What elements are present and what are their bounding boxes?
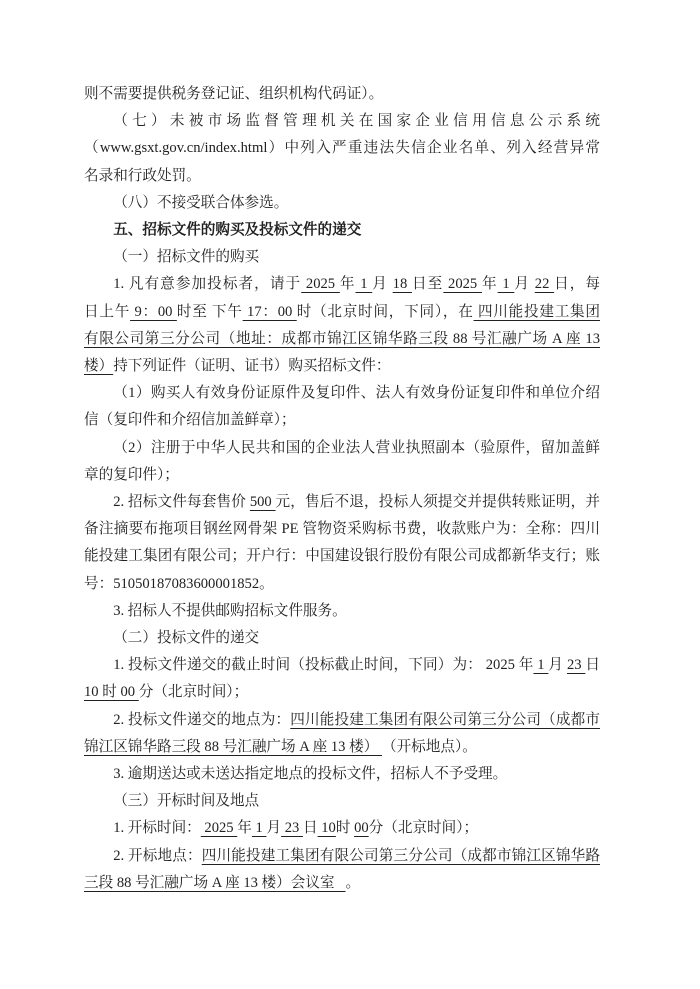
text-line: 1. 开标时间： 2025 年 1 月 23 日 10时 00分（北京时间）；: [84, 815, 600, 842]
text-line: 1. 凡有意参加投标者，请于 2025 年 1 月 18 日至 2025 年 1…: [84, 271, 600, 298]
text-segment: 时至 下午: [177, 304, 243, 320]
text-line: 楼）持下列证件（证明、证书）购买招标文件：: [84, 353, 600, 380]
text-segment: 日，每: [554, 276, 600, 292]
text-segment: （三）开标时间及地点: [113, 793, 259, 809]
text-segment: 名录和行政处罚。: [84, 168, 201, 184]
text-segment: （2）注册于中华人民共和国的企业法人营业执照副本（验原件，留加盖鲜: [113, 440, 600, 456]
document-page: 则不需要提供税务登记证、组织机构代码证）。（七）未被市场监督管理机关在国家企业信…: [0, 0, 700, 989]
text-segment: 号：51050187083600001852。: [84, 576, 274, 592]
text-line: 能投建工集团有限公司；开户行：中国建设银行股份有限公司成都新华支行；账: [84, 543, 600, 570]
text-line: 则不需要提供税务登记证、组织机构代码证）。: [84, 81, 600, 108]
text-segment: 五、招标文件的购买及投标文件的递交: [113, 222, 361, 238]
underlined-text: 2025: [301, 276, 340, 292]
text-segment: 备注摘要布拖项目钢丝网骨架 PE 管物资采购标书费，收款账户为：全称：四川: [84, 521, 600, 537]
text-segment: 章的复印件）；: [84, 467, 179, 483]
text-segment: 月: [514, 276, 534, 292]
text-line: 3. 逾期送达或未送达指定地点的投标文件，招标人不予受理。: [84, 761, 600, 788]
text-segment: 1. 开标时间：: [113, 820, 201, 836]
underlined-text: 23: [567, 657, 585, 673]
text-segment: 月: [372, 276, 392, 292]
text-line: （www.gsxt.gov.cn/index.html）中列入严重违法失信企业名…: [84, 135, 600, 162]
underlined-text: 00: [354, 820, 369, 836]
underlined-text: 10: [318, 820, 336, 836]
underlined-text: 2025: [443, 276, 482, 292]
text-line: 1. 投标文件递交的截止时间（投标截止时间，下同）为： 2025 年 1 月 2…: [84, 652, 600, 679]
text-segment: 年: [340, 276, 356, 292]
underlined-text: 22: [535, 276, 554, 292]
text-segment: 年: [482, 276, 498, 292]
text-line: 有限公司第三分公司（地址：成都市锦江区锦华路三段 88 号汇融广场 A 座 13: [84, 326, 600, 353]
underlined-text: 楼）: [84, 358, 113, 374]
text-segment: 时: [336, 820, 354, 836]
underlined-text: 1: [534, 657, 549, 673]
text-line: 日上午 9：00 时至 下午 17：00 时（北京时间，下同），在 四川能投建工…: [84, 299, 600, 326]
underlined-text: 四川能投建工集团: [474, 304, 600, 320]
text-segment: 分（北京时间）；: [369, 820, 478, 836]
text-line: 三段 88 号汇融广场 A 座 13 楼）会议室 。: [84, 870, 600, 897]
underlined-text: 500: [250, 494, 276, 510]
underlined-text: 四川能投建工集团有限公司第三分公司（成都市锦江区锦华路: [202, 848, 600, 864]
text-segment: （www.gsxt.gov.cn/index.html）中列入严重违法失信企业名…: [84, 140, 600, 156]
section-heading: 五、招标文件的购买及投标文件的递交: [84, 217, 600, 244]
text-segment: 年: [237, 820, 252, 836]
text-segment: （一）招标文件的购买: [113, 249, 259, 265]
text-line: 号：51050187083600001852。: [84, 571, 600, 598]
text-segment: 。: [345, 875, 360, 891]
underlined-text: 23: [281, 820, 303, 836]
text-segment: 月: [548, 657, 567, 673]
text-segment: 持下列证件（证明、证书）购买招标文件：: [113, 358, 390, 374]
underlined-text: 17：00: [243, 304, 297, 320]
text-segment: 信（复印件和介绍信加盖鲜章）；: [84, 412, 296, 428]
text-segment: 时（北京时间，下同），在: [297, 304, 474, 320]
text-segment: 1. 凡有意参加投标者，请于: [113, 276, 301, 292]
underlined-text: 锦江区锦华路三段 88 号汇融广场 A 座 13 楼）: [84, 739, 382, 755]
text-segment: （八）不接受联合体参选。: [113, 195, 288, 211]
text-segment: 3. 招标人不提供邮购招标文件服务。: [113, 603, 347, 619]
text-segment: 日: [303, 820, 318, 836]
text-segment: 日上午: [84, 304, 130, 320]
text-segment: （二）投标文件的递交: [113, 630, 259, 646]
underlined-text: 1: [252, 820, 267, 836]
underlined-text: 1: [498, 276, 515, 292]
text-segment: 元，售后不退，投标人须提交并提供转账证明，并: [276, 494, 600, 510]
text-segment: 2. 投标文件递交的地点为：: [113, 712, 290, 728]
text-segment: 2. 开标地点：: [113, 848, 202, 864]
text-segment: 分（北京时间）；: [139, 684, 248, 700]
text-line: 章的复印件）；: [84, 462, 600, 489]
underlined-text: 三段 88 号汇融广场 A 座 13 楼）会议室: [84, 875, 345, 891]
text-line: （一）招标文件的购买: [84, 244, 600, 271]
text-line: （2）注册于中华人民共和国的企业法人营业执照副本（验原件，留加盖鲜: [84, 435, 600, 462]
text-line: 2. 招标文件每套售价 500 元，售后不退，投标人须提交并提供转账证明，并: [84, 489, 600, 516]
text-line: 名录和行政处罚。: [84, 163, 600, 190]
text-segment: （开标地点）。: [382, 739, 477, 755]
text-segment: 能投建工集团有限公司；开户行：中国建设银行股份有限公司成都新华支行；账: [84, 548, 600, 564]
underlined-text: 9：00: [130, 304, 177, 320]
underlined-text: 2025: [201, 820, 237, 836]
underlined-text: 1: [356, 276, 373, 292]
text-line: （二）投标文件的递交: [84, 625, 600, 652]
text-line: 2. 开标地点：四川能投建工集团有限公司第三分公司（成都市锦江区锦华路: [84, 843, 600, 870]
text-segment: 3. 逾期送达或未送达指定地点的投标文件，招标人不予受理。: [113, 766, 507, 782]
text-segment: 则不需要提供税务登记证、组织机构代码证）。: [84, 86, 383, 102]
text-line: 2. 投标文件递交的地点为：四川能投建工集团有限公司第三分公司（成都市: [84, 707, 600, 734]
text-segment: 日: [585, 657, 600, 673]
text-segment: 月: [266, 820, 281, 836]
underlined-text: 18: [393, 276, 412, 292]
text-line: （1）购买人有效身份证原件及复印件、法人有效身份证复印件和单位介绍: [84, 380, 600, 407]
underlined-text: 10 时 00: [84, 684, 139, 700]
text-line: （七）未被市场监督管理机关在国家企业信用信息公示系统: [84, 108, 600, 135]
text-line: 信（复印件和介绍信加盖鲜章）；: [84, 407, 600, 434]
text-line: 10 时 00 分（北京时间）；: [84, 679, 600, 706]
text-segment: 1. 投标文件递交的截止时间（投标截止时间，下同）为： 2025 年: [113, 657, 533, 673]
text-line: 备注摘要布拖项目钢丝网骨架 PE 管物资采购标书费，收款账户为：全称：四川: [84, 516, 600, 543]
text-line: 锦江区锦华路三段 88 号汇融广场 A 座 13 楼） （开标地点）。: [84, 734, 600, 761]
text-line: （八）不接受联合体参选。: [84, 190, 600, 217]
underlined-text: 有限公司第三分公司（地址：成都市锦江区锦华路三段 88 号汇融广场 A 座 13: [84, 331, 600, 347]
text-segment: （七）未被市场监督管理机关在国家企业信用信息公示系统: [113, 113, 600, 129]
text-line: （三）开标时间及地点: [84, 788, 600, 815]
text-segment: 2. 招标文件每套售价: [113, 494, 250, 510]
text-segment: 日至: [412, 276, 443, 292]
underlined-text: 四川能投建工集团有限公司第三分公司（成都市: [290, 712, 600, 728]
text-line: 3. 招标人不提供邮购招标文件服务。: [84, 598, 600, 625]
text-segment: （1）购买人有效身份证原件及复印件、法人有效身份证复印件和单位介绍: [113, 385, 600, 401]
document-body: 则不需要提供税务登记证、组织机构代码证）。（七）未被市场监督管理机关在国家企业信…: [84, 81, 600, 897]
